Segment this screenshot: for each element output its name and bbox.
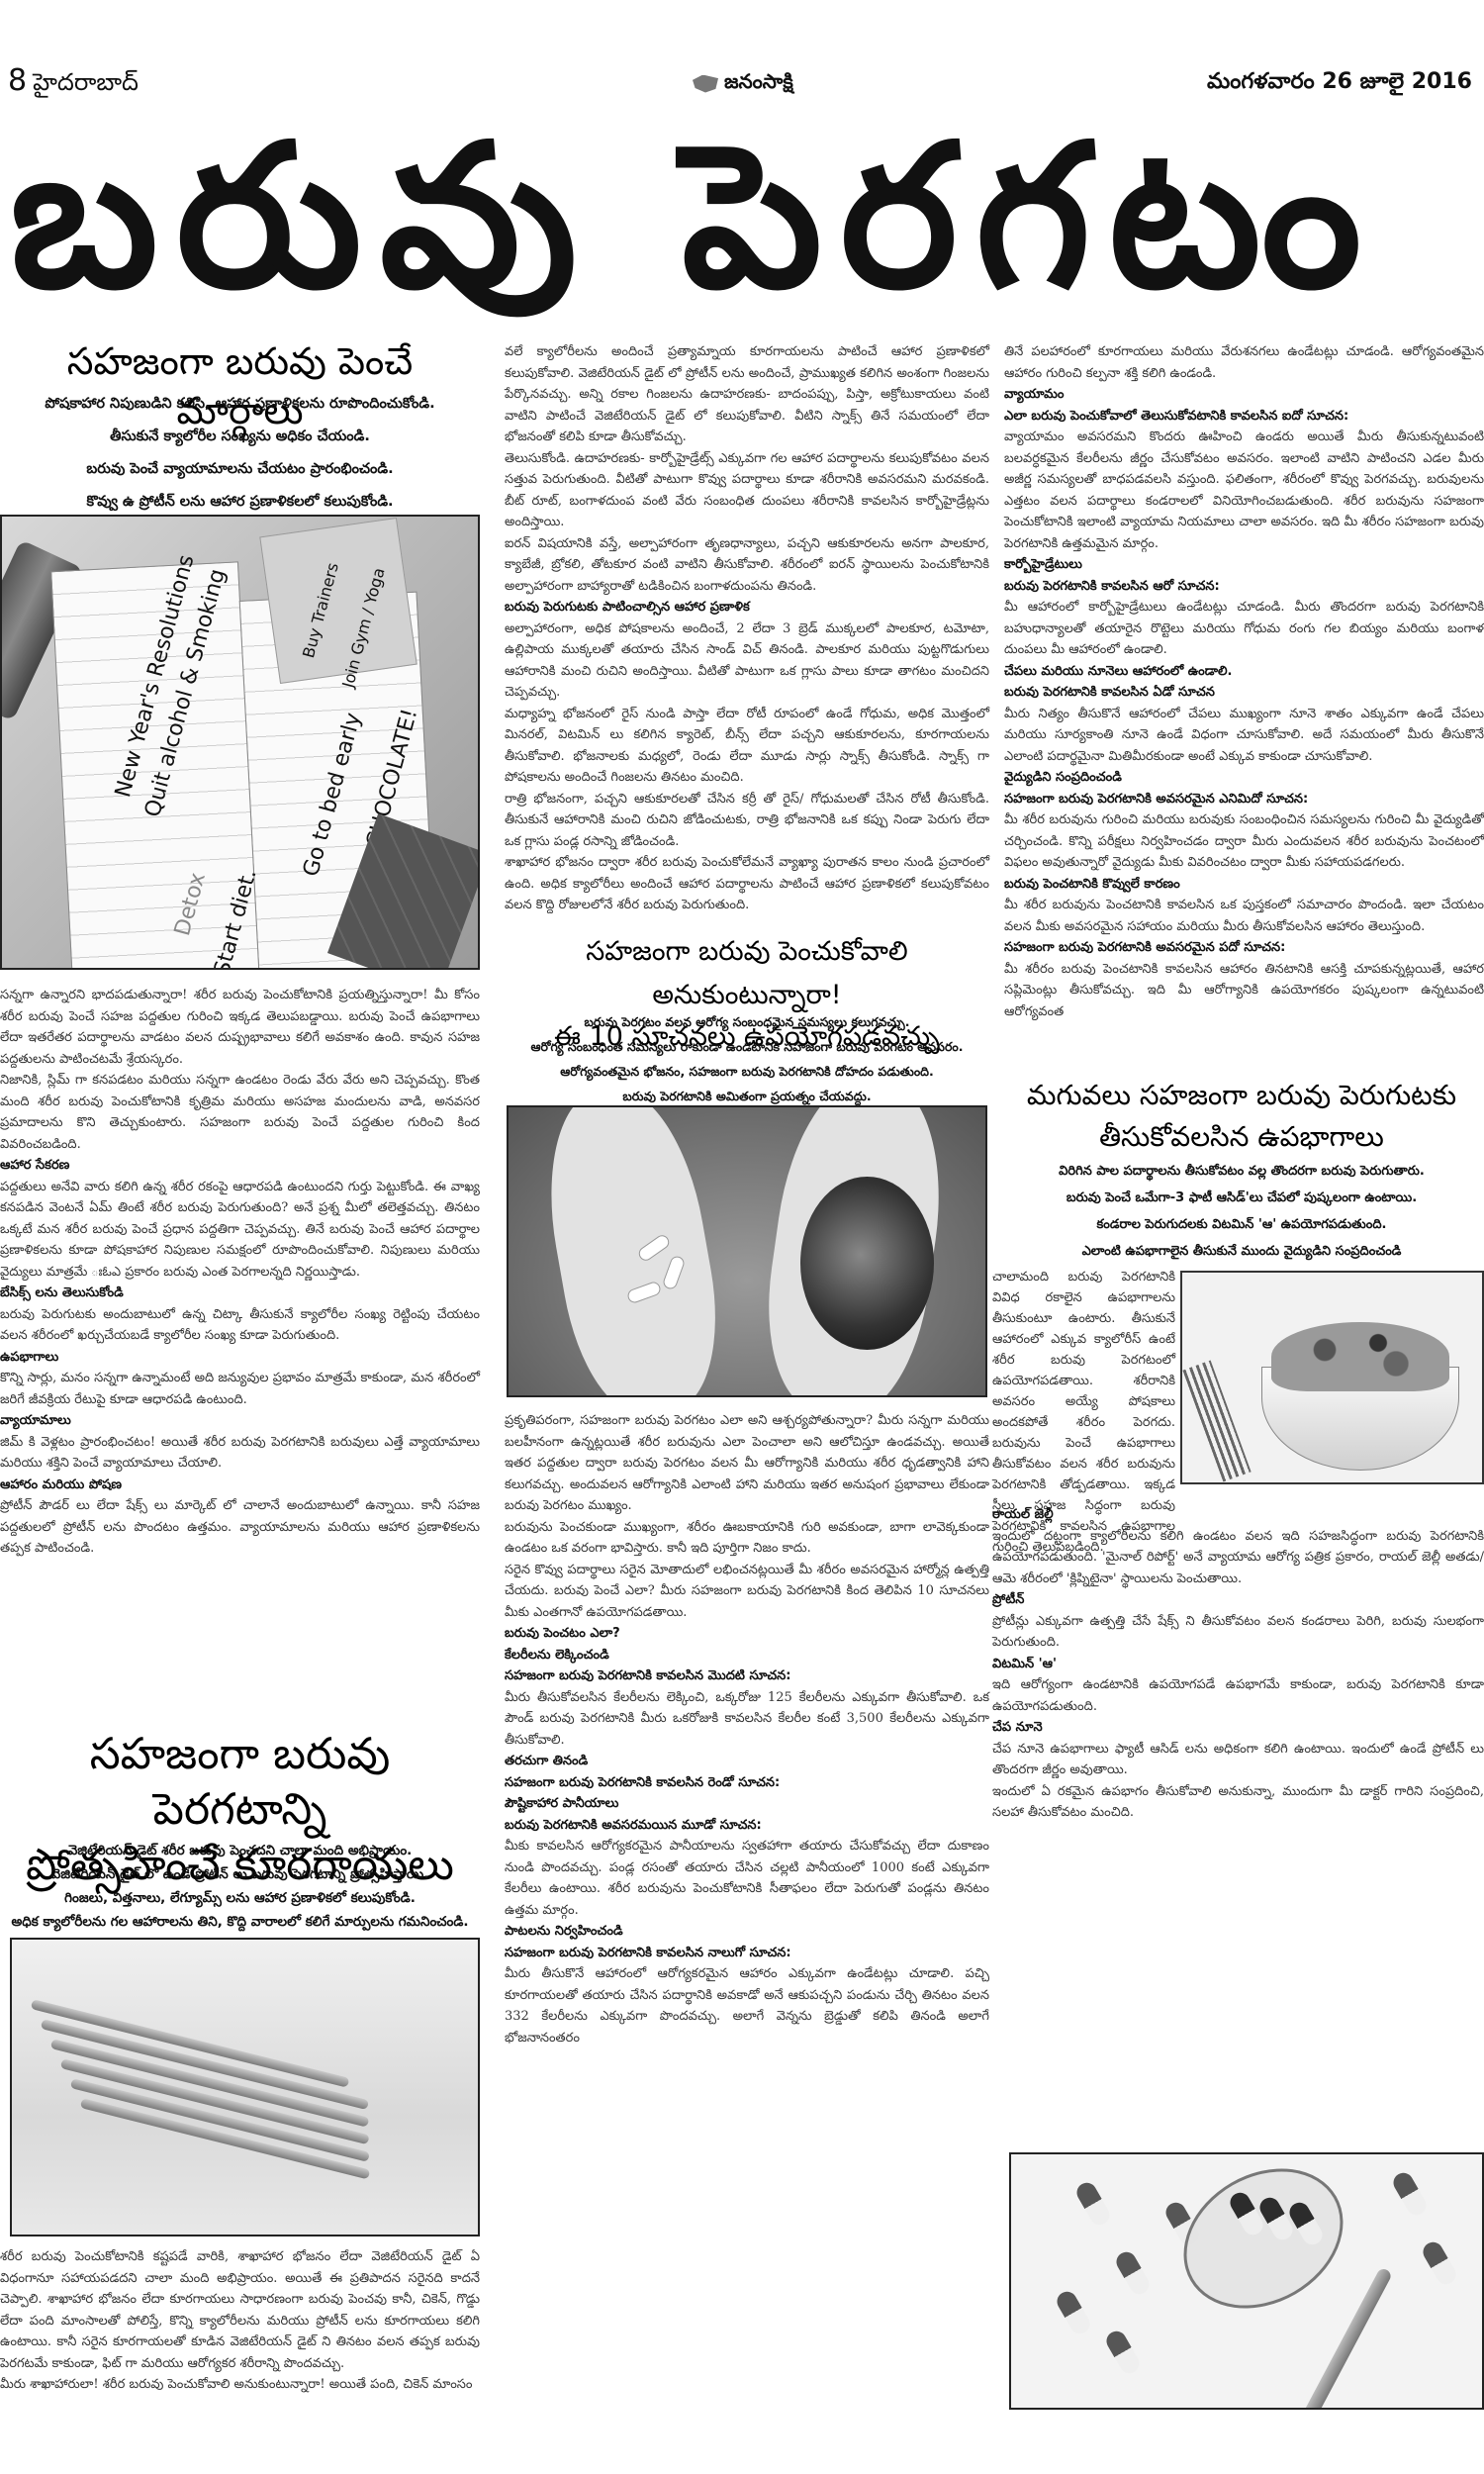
- subheading: సహజంగా బరువు పెరగటానికి కావలసిన మొదటి సూ…: [505, 1665, 989, 1687]
- paragraph: మీకు కావలసిన ఆరోగ్యకరమైన పానీయాలను స్వతహ…: [505, 1836, 989, 1921]
- paragraph: ఇందులో దట్టంగా క్యాలోరీలను కలిగి ఉండటం వ…: [992, 1526, 1484, 1590]
- telangana-map-icon: [693, 75, 718, 93]
- paragraph: వలే క్యాలోరీలను అందించే ప్రత్యామ్నాయ కూర…: [505, 341, 989, 448]
- paragraph: శరీర బరువు పెంచుకోటానికి కష్టపడే వారికి,…: [0, 2246, 480, 2374]
- sticky-note: [259, 518, 417, 684]
- page-header-left: 8హైదరాబాద్: [8, 63, 139, 102]
- deck-line: ఆరోగ్య సంబంధింత సమస్యలు రాకుండా ఉండటానిక…: [505, 1034, 989, 1059]
- subheading: బరువు పెరగటానికి కావలసిన ఆరో సూచన:: [1004, 576, 1484, 598]
- subheading: బరువు పెంచటం ఎలా?: [505, 1623, 989, 1645]
- masthead: జనంసాక్షి: [693, 69, 793, 98]
- middle-body-top: వలే క్యాలోరీలను అందించే ప్రత్యామ్నాయ కూర…: [505, 341, 989, 916]
- capsule: [1103, 2328, 1143, 2377]
- spoon-bowl: [1159, 2152, 1368, 2336]
- paragraph: ప్రోటీన్లు ఎక్కువగా ఉత్పత్తి చేసే షేక్స్…: [992, 1611, 1484, 1654]
- notebook-resolutions-photo: New Year's Resolutions Quit alcohol & Sm…: [0, 515, 480, 970]
- spoon-handle: [1302, 2267, 1393, 2410]
- subheading: బరువు పెరగటానికి కావలసిన ఏడో సూచన: [1004, 682, 1484, 704]
- deck-line: బరువు పెరగటం వలన ఆరోగ్య సంబంధమైన సమస్యలు…: [505, 1009, 989, 1034]
- fork-shape: [1182, 1360, 1251, 1481]
- paragraph: రాత్రి భోజనంగా, పచ్చని ఆకుకూరలతో చేసిన క…: [505, 789, 989, 853]
- paragraph: మీ శరీర బరువును పెంచటానికి కావలసిన ఒక పు…: [1004, 895, 1484, 937]
- subheading: విటమిన్ 'ఆ': [992, 1654, 1484, 1675]
- paragraph: బరువును పెంచకుండా ముఖ్యంగా, శరీరం ఊబకాయా…: [505, 1517, 989, 1560]
- section2-body: శరీర బరువు పెంచుకోటానికి కష్టపడే వారికి,…: [0, 2246, 480, 2396]
- deck-line: అధిక క్యాలోరీలను గల ఆహారాలను తిని, కొద్ద…: [0, 1910, 480, 1934]
- heading-line: సహజంగా బరువు పెరగటాన్ని: [0, 1727, 480, 1838]
- paragraph: మీరు నిత్యం తీసుకొనే ఆహారంలో చేపలు ముఖ్య…: [1004, 704, 1484, 768]
- subheading: చేపలు మరియు నూనెలు ఆహారంలో ఉండాలి.: [1004, 661, 1484, 683]
- subheading: ఉపభాగాలు: [0, 1347, 480, 1369]
- paragraph: జిమ్ కి వెళ్లటం ప్రారంభించటం! అయితే శరీర…: [0, 1432, 480, 1475]
- salad-bowl-photo: [1180, 1271, 1484, 1484]
- paragraph: చేప నూనె ఉపభాగాలు ఫ్యాటీ ఆసిడ్ లను అధికం…: [992, 1739, 1484, 1781]
- paragraph: ఐరన్ విషయానికి వస్తే, అల్పాహారంగా తృణధాన…: [505, 533, 989, 598]
- capsule: [1073, 2179, 1113, 2229]
- middle-feature-deck: బరువు పెరగటం వలన ఆరోగ్య సంబంధమైన సమస్యలు…: [505, 1009, 989, 1108]
- section2-deck: వెజిటేరియన్ డైట్ శరీర బరువు పెంచదని చాలా…: [0, 1839, 480, 1934]
- hands-pills-and-fruit-photo: [507, 1105, 987, 1397]
- deck-line: కండరాల పెరుగుదలకు విటమిన్ 'ఆ' ఉపయోగపడుతు…: [999, 1211, 1484, 1238]
- capsule: [1390, 2169, 1430, 2219]
- subheading: బరువు పెరుగుటకు పాటించాల్సిన ఆహార ప్రణాళ…: [505, 597, 989, 618]
- deck-line: బరువు పెంచే ఒమేగా-3 ఫాటీ ఆసిడ్'లు చేపలో …: [999, 1185, 1484, 1211]
- paragraph: మధ్యాహ్న భోజనంలో రైస్ నుండి పాస్తా లేదా …: [505, 704, 989, 789]
- paragraph: సరైన కొవ్వు పదార్థాలు సరైన మోతాదులో లభిం…: [505, 1560, 989, 1624]
- subheading: బరువు పెరగటానికి అవసరమయిన మూడో సూచన:: [505, 1815, 989, 1837]
- capsule: [1054, 2288, 1093, 2337]
- deck-line: వెజిటేరియన్ డైట్ శరీర బరువు పెంచదని చాలా…: [0, 1839, 480, 1862]
- section1-body: సన్నగా ఉన్నారని భాదపడుతున్నారా! శరీర బరు…: [0, 985, 480, 1560]
- edition-name: హైదరాబాద్: [33, 68, 139, 96]
- deck-line: ఎలాంటి ఉపభాగాలైన తీసుకునే ముందు వైద్యుడి…: [999, 1238, 1484, 1265]
- paragraph: మీ శరీరం బరువు పెంచటానికి కావలసిన ఆహారం …: [1004, 959, 1484, 1023]
- deck-line: గింజలు, విత్తనాలు, లేగ్యూమ్స్ లను ఆహార ప…: [0, 1886, 480, 1910]
- subheading: వ్యాయామాలు: [0, 1410, 480, 1432]
- subheading: బేసిక్స్ లను తెలుసుకోండి: [0, 1283, 480, 1304]
- paragraph: మీ ఆహారంలో కార్బోహైడ్రేటులు ఉండేటట్లు చూ…: [1004, 597, 1484, 661]
- paragraph: పద్దతులు అనేవి వారు కలిగి ఉన్న శరీర రకంప…: [0, 1177, 480, 1284]
- paragraph: ప్రకృతిపరంగా, సహజంగా బరువు పెరగటం ఎలా అన…: [505, 1410, 989, 1517]
- paragraph: వ్యాయామం అవసరమని కొందరు ఊహించి ఉండరు అయి…: [1004, 427, 1484, 554]
- subheading: సహజంగా బరువు పెరగటానికి అవసరమైన పదో సూచన…: [1004, 937, 1484, 959]
- paragraph: ప్రోటీన్ పౌడర్ లు లేదా షేక్స్ లు మార్కెట…: [0, 1495, 480, 1560]
- paragraph: శాఖాహార భోజనం ద్వారా శరీర బరువు పెంచుకోల…: [505, 852, 989, 916]
- subheading: పౌష్టికాహార పానీయాలు: [505, 1793, 989, 1815]
- subheading: తరచుగా తినండి: [505, 1751, 989, 1772]
- subheading: ఆహారం మరియు పోషణ: [0, 1475, 480, 1496]
- paragraph: సన్నగా ఉన్నారని భాదపడుతున్నారా! శరీర బరు…: [0, 985, 480, 1070]
- paragraph: మీరు శాఖాహారులా! శరీర బరువు పెంచుకోవాలి …: [0, 2374, 480, 2396]
- paragraph: అల్పాహారంగా, అధిక పోషకాలను అందించే, 2 లే…: [505, 618, 989, 704]
- paragraph: నిజానికి, స్లిమ్ గా కనపడటం మరియు సన్నగా …: [0, 1070, 480, 1155]
- subheading: ఆహార సేకరణ: [0, 1155, 480, 1177]
- page-number: 8: [8, 63, 27, 98]
- paragraph: కొన్ని సార్లు, మనం సన్నగా ఉన్నామంటే అది …: [0, 1368, 480, 1410]
- deck-line: తీసుకునే క్యాలోరీల సంఖ్యను అధికం చేయండి.: [0, 421, 480, 453]
- deck-line: వెజిటేరియన్ డైట్ లో ఉండే ప్రోటీన్ లు బరు…: [0, 1862, 480, 1886]
- subheading: వైద్యుడిని సంప్రదించండి: [1004, 767, 1484, 789]
- deck-line: ఆరోగ్యవంతమైన భోజనం, సహజంగా బరువు పెరగటాన…: [505, 1059, 989, 1084]
- masthead-name: జనంసాక్షి: [724, 69, 793, 98]
- heading-line: మగువలు సహజంగా బరువు పెరుగుటకు: [999, 1074, 1484, 1117]
- right-feature-heading: మగువలు సహజంగా బరువు పెరుగుటకు తీసుకోవలసి…: [999, 1074, 1484, 1157]
- subheading: సహజంగా బరువు పెరగటానికి కావలసిన నాలుగో స…: [505, 1943, 989, 1964]
- subheading: కేలరీలను లెక్కించండి: [505, 1645, 989, 1666]
- paragraph: ఇందులో ఏ రకమైన ఉపభాగం తీసుకోవాలి అనుకున్…: [992, 1781, 1484, 1824]
- subheading: చేప నూనె: [992, 1717, 1484, 1739]
- deck-line: విరిగిన పాల పదార్థాలను తీసుకోవటం వల్ల తొ…: [999, 1158, 1484, 1185]
- deck-line: పోషకాహార నిపుణుడిని కలిసి, ఆహార ప్రణాళిక…: [0, 388, 480, 421]
- subheading: సహజంగా బరువు పెరగటానికి అవసరమైన ఎనిమిదో …: [1004, 789, 1484, 810]
- paragraph: మీ శరీర బరువును గురించి మరియు బరువుకు సం…: [1004, 809, 1484, 874]
- capsule: [1420, 2238, 1459, 2288]
- subheading: ప్రోటీన్: [992, 1589, 1484, 1611]
- subheading: వ్యాయామం: [1004, 384, 1484, 406]
- paragraph: మీరు తీసుకోవలసిన కేలరీలను లెక్కించి, ఒక్…: [505, 1687, 989, 1752]
- subheading: పాటలను నిర్వహించండి: [505, 1921, 989, 1943]
- subheading: బరువు పెంచటానికి కొవ్వులే కారణం: [1004, 874, 1484, 896]
- subheading: ఎలా బరువు పెంచుకోవాలో తెలుసుకోవటానికి కా…: [1004, 406, 1484, 428]
- right-feature-deck: విరిగిన పాల పదార్థాలను తీసుకోవటం వల్ల తొ…: [999, 1158, 1484, 1265]
- salad-shape: [1271, 1322, 1449, 1391]
- right-body-bottom: రాయల్ జెల్లీ ఇందులో దట్టంగా క్యాలోరీలను …: [992, 1504, 1484, 1824]
- capsules-on-spoon-photo: [1009, 2152, 1484, 2410]
- heading-line: తీసుకోవలసిన ఉపభాగాలు: [999, 1117, 1484, 1157]
- main-title: బరువు పెరగటం: [10, 99, 1484, 336]
- section1-deck: పోషకాహార నిపుణుడిని కలిసి, ఆహార ప్రణాళిక…: [0, 388, 480, 519]
- capsule: [1113, 2248, 1153, 2298]
- heading-line: సహజంగా బరువు పెంచుకోవాలి అనుకుంటున్నారా!: [505, 930, 989, 1017]
- fruit: [800, 1177, 934, 1350]
- page-date: మంగళవారం 26 జూలై 2016: [1207, 69, 1472, 99]
- subheading: రాయల్ జెల్లీ: [992, 1504, 1484, 1526]
- right-body-top: తినే పలహారంలో కూరగాయలు మరియు వేరుశనగలు ఉ…: [1004, 341, 1484, 1022]
- middle-body-bottom: ప్రకృతిపరంగా, సహజంగా బరువు పెరగటం ఎలా అన…: [505, 1410, 989, 2048]
- paragraph: బరువు పెరుగుటకు అందుబాటులో ఉన్న చిట్కా త…: [0, 1304, 480, 1347]
- deck-line: బరువు పెంచే వ్యాయామాలను చేయటం ప్రారంభించ…: [0, 453, 480, 486]
- paragraph: తెలుసుకోండి. ఉదాహరణకు- కార్బోహైడ్రేట్స్ …: [505, 448, 989, 533]
- paragraph: తినే పలహారంలో కూరగాయలు మరియు వేరుశనగలు ఉ…: [1004, 341, 1484, 384]
- subheading: సహజంగా బరువు పెరగటానికి కావలసిన రెండో సూ…: [505, 1772, 989, 1794]
- left-hand: [530, 1105, 733, 1397]
- subheading: కార్బోహైడ్రేటులు: [1004, 554, 1484, 576]
- paragraph: ఇది ఆరోగ్యంగా ఉండటానికి ఉపయోగపడే ఉపభాగమే…: [992, 1674, 1484, 1717]
- paragraph: మీరు తీసుకొనే ఆహారంలో ఆరోగ్యకరమైన ఆహారం …: [505, 1963, 989, 2048]
- asparagus-photo: [10, 1938, 480, 2236]
